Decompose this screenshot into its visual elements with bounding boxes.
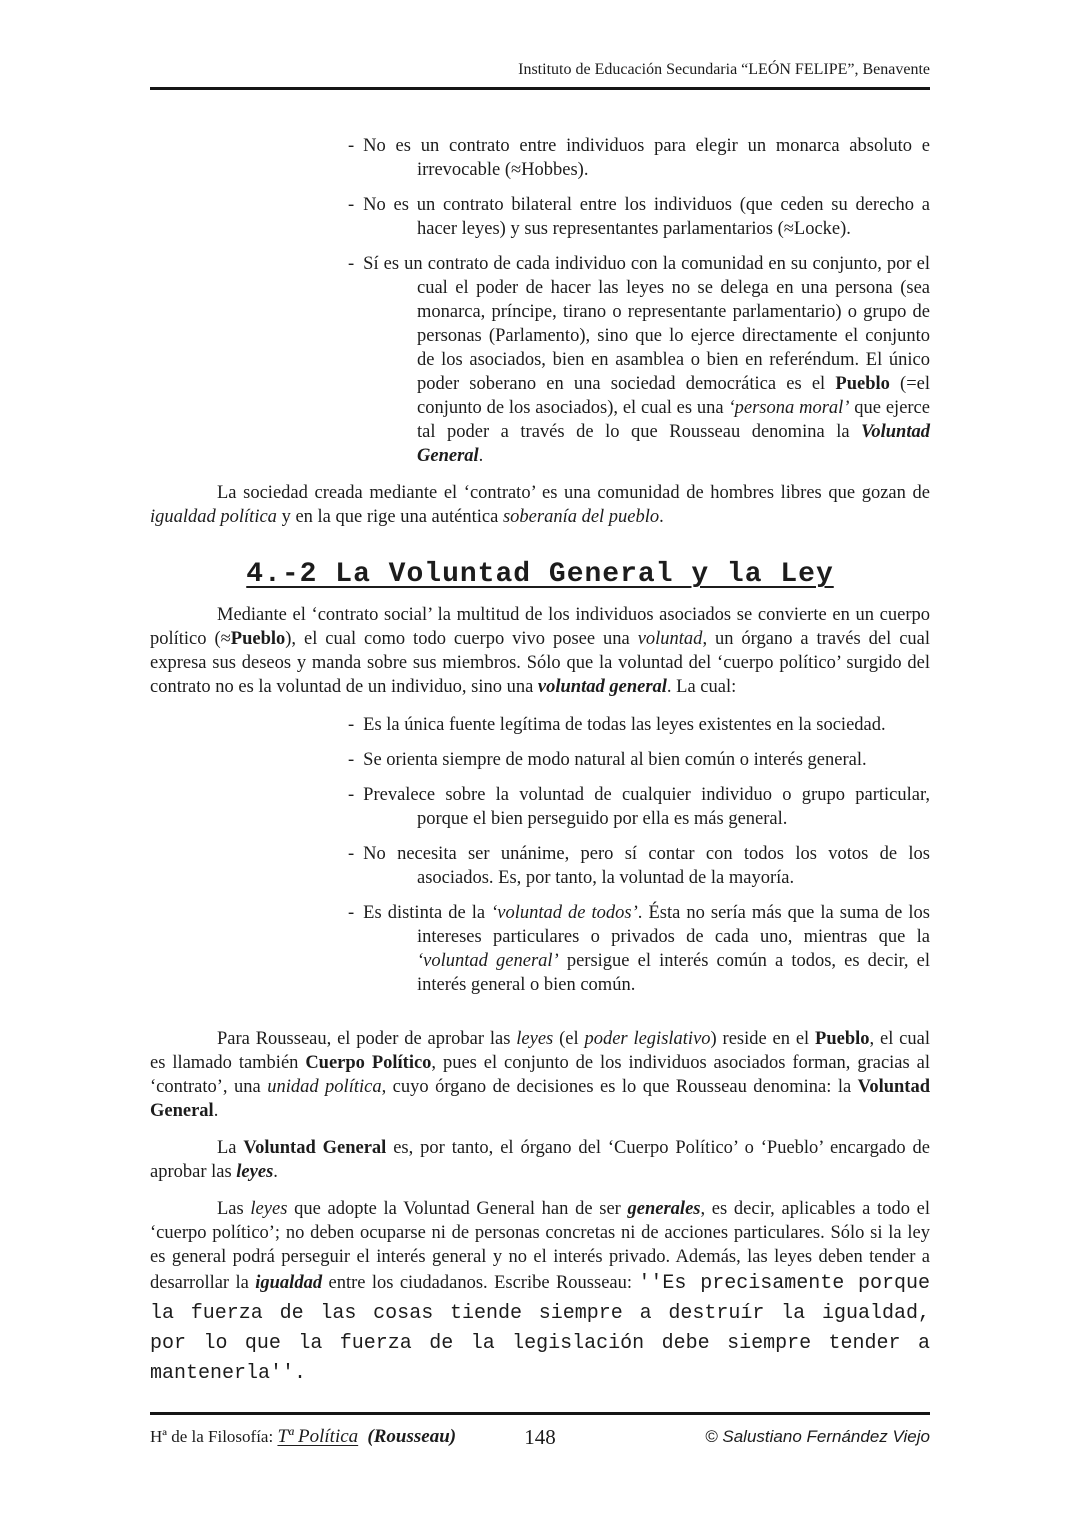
bullet-item-locke: -No es un contrato bilateral entre los i… (348, 193, 930, 241)
course-subject: Tª Política (277, 1426, 358, 1447)
bullet-text: Es distinta de la ‘voluntad de todos’. É… (363, 903, 930, 995)
bullet-text: Sí es un contrato de cada individuo con … (363, 254, 930, 466)
bullet-text: No necesita ser unánime, pero sí contar … (363, 844, 930, 888)
course-author: (Rousseau) (367, 1426, 456, 1447)
bullet-item-hobbes: -No es un contrato entre individuos para… (348, 134, 930, 182)
footer-course: Hª de la Filosofía: Tª Política (Roussea… (150, 1425, 456, 1449)
bullet-dash: - (348, 715, 354, 735)
course-label: Hª de la Filosofía: (150, 1427, 273, 1446)
section-heading: 4.-2 La Voluntad General y la Ley (150, 557, 930, 593)
bullet-item-legitimate-source: -Es la única fuente legítima de todas la… (348, 713, 930, 737)
paragraph-intro: Mediante el ‘contrato social’ la multitu… (150, 603, 930, 699)
bullet-item-community-contract: -Sí es un contrato de cada individuo con… (348, 252, 930, 468)
paragraph-organ: La Voluntad General es, por tanto, el ór… (150, 1136, 930, 1184)
page-footer: Hª de la Filosofía: Tª Política (Roussea… (150, 1412, 930, 1449)
bullet-dash: - (348, 195, 354, 215)
bullet-item-majority: -No necesita ser unánime, pero sí contar… (348, 842, 930, 890)
bullet-dash: - (348, 903, 354, 923)
paragraph-society: La sociedad creada mediante el ‘contrato… (150, 481, 930, 529)
bullet-dash: - (348, 136, 354, 156)
document-page: Instituto de Educación Secundaria “LEÓN … (0, 0, 1080, 1528)
page-number: 148 (524, 1425, 556, 1449)
bullet-dash: - (348, 750, 354, 770)
paragraph-legislative-power: Para Rousseau, el poder de aprobar las l… (150, 1027, 930, 1123)
paragraph-laws-quote: Las leyes que adopte la Voluntad General… (150, 1197, 930, 1389)
copyright-notice: © Salustiano Fernández Viejo (705, 1425, 930, 1449)
footer-row: Hª de la Filosofía: Tª Política (Roussea… (150, 1425, 930, 1449)
page-header: Instituto de Educación Secundaria “LEÓN … (150, 0, 930, 90)
bullet-dash: - (348, 254, 354, 274)
bullet-text: Es la única fuente legítima de todas las… (363, 715, 885, 735)
general-will-bullet-list: -Es la única fuente legítima de todas la… (348, 713, 930, 997)
contract-bullet-list: -No es un contrato entre individuos para… (348, 134, 930, 468)
bullet-dash: - (348, 844, 354, 864)
bullet-item-will-of-all: -Es distinta de la ‘voluntad de todos’. … (348, 901, 930, 997)
bullet-item-common-good: -Se orienta siempre de modo natural al b… (348, 748, 930, 772)
bullet-dash: - (348, 785, 354, 805)
bullet-text: No es un contrato entre individuos para … (363, 136, 930, 180)
institution-name: Instituto de Educación Secundaria “LEÓN … (518, 61, 930, 78)
bullet-text: Se orienta siempre de modo natural al bi… (363, 750, 866, 770)
bullet-text: No es un contrato bilateral entre los in… (363, 195, 930, 239)
bullet-text: Prevalece sobre la voluntad de cualquier… (363, 785, 930, 829)
bullet-item-prevails: -Prevalece sobre la voluntad de cualquie… (348, 783, 930, 831)
